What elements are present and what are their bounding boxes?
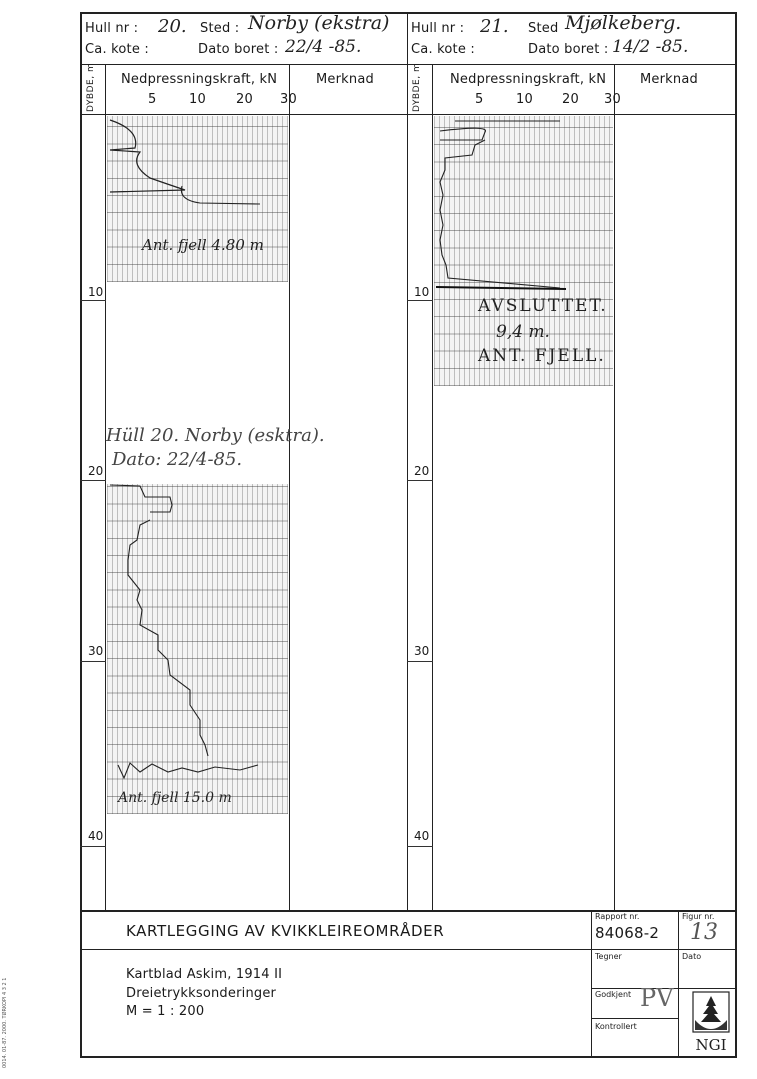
- kontrollert-label: Kontrollert: [595, 1022, 637, 1031]
- tegner-label: Tegner: [595, 952, 622, 961]
- title-block-row: [591, 1018, 678, 1019]
- godkjent-label: Godkjent: [595, 990, 631, 999]
- scale-line: M = 1 : 200: [126, 1004, 204, 1019]
- method-line: Dreietrykksonderinger: [126, 986, 276, 1001]
- tree-icon: NGI: [690, 990, 732, 1054]
- annotation-depth: 9,4 m.: [496, 322, 550, 342]
- rapport-value: 84068-2: [595, 924, 659, 942]
- title-block-col: [591, 910, 592, 1058]
- depth-tick: [407, 846, 433, 847]
- figur-value: 13: [690, 920, 718, 945]
- annotation-stopped: AVSLUTTET.: [478, 296, 608, 316]
- svg-text:NGI: NGI: [695, 1036, 726, 1054]
- depth-tick: [407, 300, 433, 301]
- depth-mark-30: 30: [414, 644, 429, 658]
- map-sheet-line: Kartblad Askim, 1914 II: [126, 967, 282, 982]
- project-title: KARTLEGGING AV KVIKKLEIREOMRÅDER: [126, 922, 444, 940]
- title-block-divider: [80, 949, 737, 950]
- print-code: 0014. 01-87. 2000. TØRKOPI 4 3 2 1: [2, 978, 8, 1069]
- depth-mark-10: 10: [414, 285, 429, 299]
- depth-mark-20: 20: [414, 464, 429, 478]
- title-block-col: [678, 910, 679, 1058]
- depth-tick: [407, 480, 433, 481]
- depth-tick: [407, 661, 433, 662]
- godkjent-signature: PV: [640, 984, 673, 1012]
- annotation-rock: ANT. FJELL.: [478, 346, 606, 366]
- force-curve-hole-21: [0, 0, 757, 1079]
- depth-mark-40: 40: [414, 829, 429, 843]
- ngi-logo: NGI: [690, 990, 732, 1054]
- dato-label: Dato: [682, 952, 701, 961]
- rapport-label: Rapport nr.: [595, 912, 639, 921]
